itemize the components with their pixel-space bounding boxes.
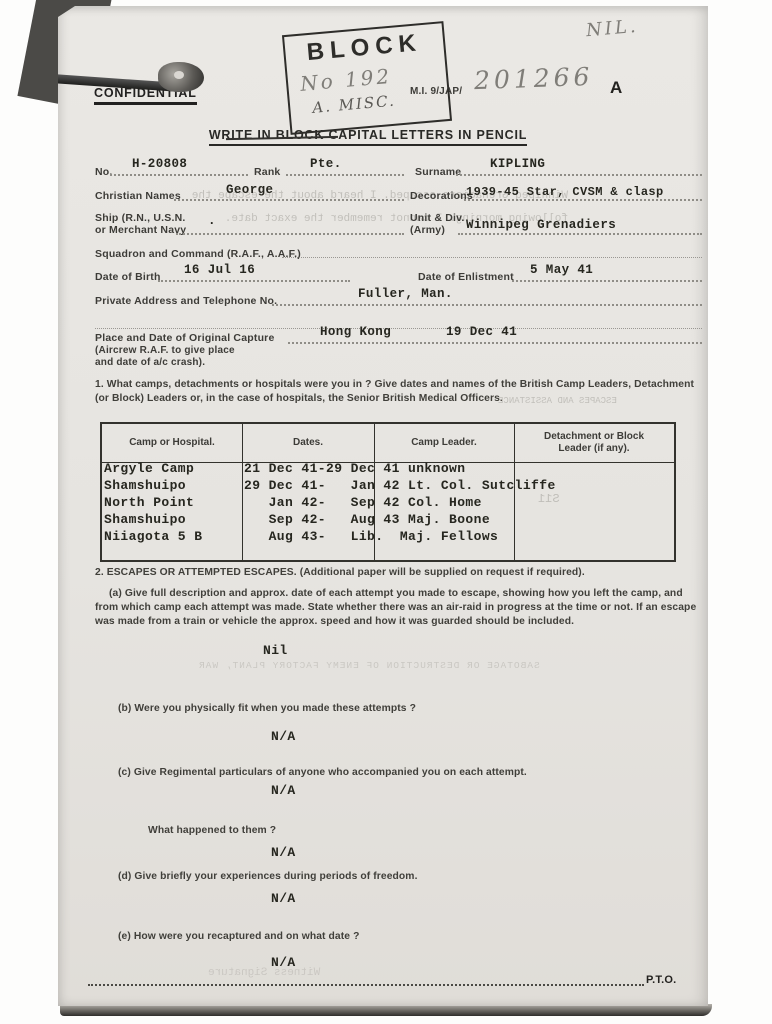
unit-div-label-line1: Unit & Div. xyxy=(410,212,465,224)
rank-value: Pte. xyxy=(310,157,342,171)
capture-date-value: 19 Dec 41 xyxy=(446,325,517,339)
capture-note-line2: and date of a/c crash). xyxy=(95,357,205,368)
answer-2c2: N/A xyxy=(271,845,296,860)
table-row-camp: Shamshuipo xyxy=(104,512,186,527)
table-row-camp: Niiagota 5 B xyxy=(104,529,202,544)
grommet-artifact xyxy=(158,62,204,92)
stamp-block-number: No 192 xyxy=(299,64,393,96)
table-row-entry: 21 Dec 41-29 Dec 41 unknown xyxy=(244,461,465,476)
bleedthrough-mark: S11 xyxy=(538,492,560,506)
christian-names-value: George xyxy=(226,183,273,197)
surname-value: KIPLING xyxy=(490,157,545,171)
table-row-camp: Shamshuipo xyxy=(104,478,186,493)
christian-names-dotted-line xyxy=(174,199,404,201)
table-header-dates: Dates. xyxy=(242,424,374,462)
table-header-detachment: Detachment or Block Leader (if any). xyxy=(514,424,674,462)
decorations-value: 1939-45 Star, CVSM & clasp xyxy=(466,185,664,199)
address-dotted-line xyxy=(272,304,702,306)
date-of-birth-value: 16 Jul 16 xyxy=(184,263,255,277)
decorations-dotted-line xyxy=(464,199,702,201)
private-address-value: Fuller, Man. xyxy=(358,287,453,301)
rank-dotted-line xyxy=(286,174,404,176)
bleedthrough-caps-line: SABOTAGE OR DESTRUCTION OF ENEMY FACTORY… xyxy=(198,660,540,671)
surname-dotted-line xyxy=(456,174,702,176)
answer-2d: N/A xyxy=(271,891,296,906)
unit-div-label-line2: (Army) xyxy=(410,224,445,236)
no-value: H-20808 xyxy=(132,157,187,171)
file-number-handwritten: 201266 xyxy=(474,62,594,95)
stamp-misc-note: A. MISC. xyxy=(312,92,397,117)
copy-letter: A xyxy=(610,78,622,98)
capture-note-line1: (Aircrew R.A.F. to give place xyxy=(95,345,235,356)
capture-dotted-line xyxy=(288,342,702,344)
rank-label: Rank xyxy=(254,166,280,178)
table-row-entry: Sep 42- Aug 43 Maj. Boone xyxy=(244,512,490,527)
nil-handwritten-note: NIL. xyxy=(585,16,639,41)
stamp-title: BLOCK xyxy=(284,27,444,69)
private-address-label: Private Address and Telephone No. xyxy=(95,295,277,307)
blank-separator-line xyxy=(95,328,702,329)
question-2-heading: 2. ESCAPES OR ATTEMPTED ESCAPES. (Additi… xyxy=(95,566,697,580)
capture-label: Place and Date of Original Capture xyxy=(95,332,275,344)
squadron-dotted-line xyxy=(282,257,702,258)
scanned-document: CONFIDENTIAL BLOCK No 192 A. MISC. M.I. … xyxy=(0,0,772,1024)
no-label: No. xyxy=(95,166,113,178)
table-header-leader: Camp Leader. xyxy=(374,424,514,462)
bleedthrough-witness-line: Witness Signature xyxy=(208,967,320,979)
question-2c-text: (c) Give Regimental particulars of anyon… xyxy=(118,766,698,780)
answer-2c: N/A xyxy=(271,783,296,798)
table-row-entry: 29 Dec 41- Jan 42 Lt. Col. Sutcliffe xyxy=(244,478,556,493)
question-2d-text: (d) Give briefly your experiences during… xyxy=(118,870,698,884)
table-row-entry: Jan 42- Sep 42 Col. Home xyxy=(244,495,482,510)
answer-2b: N/A xyxy=(271,729,296,744)
ship-dotted-line xyxy=(176,233,404,235)
ship-label-line2: or Merchant Navy xyxy=(95,224,186,236)
bleedthrough-escapes-fragment: ESCAPES AND ASSISTANCE xyxy=(498,396,617,406)
questionnaire-page: CONFIDENTIAL BLOCK No 192 A. MISC. M.I. … xyxy=(58,6,708,1006)
table-row-entry: Aug 43- Lib. Maj. Fellows xyxy=(244,529,498,544)
date-of-birth-label: Date of Birth xyxy=(95,271,161,283)
unit-div-dotted-line xyxy=(458,233,702,235)
answer-2a: Nil xyxy=(263,643,288,658)
table-row-camp: Argyle Camp xyxy=(104,461,194,476)
question-2e-text: (e) How were you recaptured and on what … xyxy=(118,930,698,944)
question-2b-text: (b) Were you physically fit when you mad… xyxy=(118,702,678,716)
capture-place-value: Hong Kong xyxy=(320,325,391,339)
date-of-birth-dotted-line xyxy=(158,280,350,282)
table-header-camp: Camp or Hospital. xyxy=(102,424,242,462)
pto-label: P.T.O. xyxy=(646,974,676,986)
unit-div-value: Winnipeg Grenadiers xyxy=(466,218,616,232)
form-instruction-heading: WRITE IN BLOCK CAPITAL LETTERS IN PENCIL xyxy=(58,126,678,146)
no-dotted-line xyxy=(110,174,248,176)
date-of-enlistment-value: 5 May 41 xyxy=(530,263,593,277)
christian-names-label: Christian Names xyxy=(95,190,181,202)
block-number-stamp: BLOCK No 192 A. MISC. xyxy=(282,21,452,135)
question-2a-text: (a) Give full description and approx. da… xyxy=(95,587,699,630)
squadron-command-label: Squadron and Command (R.A.F., A.A.F.) xyxy=(95,248,301,260)
question-2c2-text: What happened to them ? xyxy=(148,824,276,838)
surname-label: Surname xyxy=(415,166,461,178)
ship-label-line1: Ship (R.N., U.S.N. xyxy=(95,212,186,224)
ship-value: . xyxy=(208,214,216,228)
date-of-enlistment-label: Date of Enlistment xyxy=(418,271,514,283)
footer-dotted-line xyxy=(88,984,644,986)
table-row-camp: North Point xyxy=(104,495,194,510)
enlistment-dotted-line xyxy=(512,280,702,282)
